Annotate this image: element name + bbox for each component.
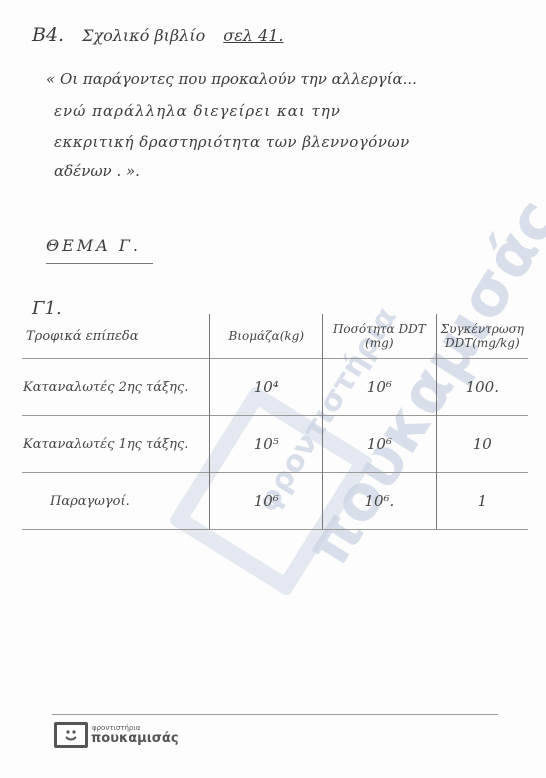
cell-concentration: 1 (436, 473, 528, 530)
header-trophic-level: Τροφικά επίπεδα (22, 314, 210, 359)
header-ddt-amount: Ποσότητα DDT (mg) (323, 314, 436, 359)
b4-label: Β4. (32, 24, 64, 46)
cell-biomass: 10⁴ (210, 359, 323, 416)
b4-page-ref: σελ 41. (223, 26, 283, 45)
header-biomass: Βιομάζα(kg) (210, 314, 323, 359)
cell-biomass: 10⁶ (210, 473, 323, 530)
cell-concentration: 10 (436, 416, 528, 473)
footer-logo-title: πουκαμισάς (91, 731, 179, 746)
cell-level: Καταναλωτές 2ης τάξης. (22, 359, 210, 416)
cell-ddt-amount: 10⁶ (323, 359, 436, 416)
footer-divider (52, 714, 498, 715)
b4-quote-line-4: αδένων . ». (54, 162, 140, 180)
table-row: Παραγωγοί. 10⁶ 10⁶. 1 (22, 473, 528, 530)
cell-ddt-amount: 10⁶ (323, 416, 436, 473)
b4-quote-line-3: εκκριτική δραστηριότητα των βλεννογόνων (54, 133, 410, 151)
table-header-row: Τροφικά επίπεδα Βιομάζα(kg) Ποσότητα DDT… (22, 314, 528, 359)
b4-quote-line-2: ενώ παράλληλα διεγείρει και την (54, 102, 341, 120)
smiley-screen-icon (54, 722, 88, 748)
b4-reference: Σχολικό βιβλίο (82, 26, 205, 45)
cell-concentration: 100. (436, 359, 528, 416)
trophic-levels-table: Τροφικά επίπεδα Βιομάζα(kg) Ποσότητα DDT… (22, 314, 528, 530)
cell-level: Καταναλωτές 1ης τάξης. (22, 416, 210, 473)
cell-level: Παραγωγοί. (22, 473, 210, 530)
section-g-title: ΘΕΜΑ Γ. (46, 236, 153, 264)
cell-biomass: 10⁵ (210, 416, 323, 473)
smiley-face-icon (57, 725, 85, 745)
table-row: Καταναλωτές 2ης τάξης. 10⁴ 10⁶ 100. (22, 359, 528, 416)
header-ddt-concentration: Συγκέντρωση DDT(mg/kg) (436, 314, 528, 359)
b4-heading: Β4. Σχολικό βιβλίο σελ 41. (32, 24, 283, 46)
table-row: Καταναλωτές 1ης τάξης. 10⁵ 10⁶ 10 (22, 416, 528, 473)
cell-ddt-amount: 10⁶. (323, 473, 436, 530)
b4-quote-line-1: « Οι παράγοντες που προκαλούν την αλλεργ… (46, 70, 417, 88)
